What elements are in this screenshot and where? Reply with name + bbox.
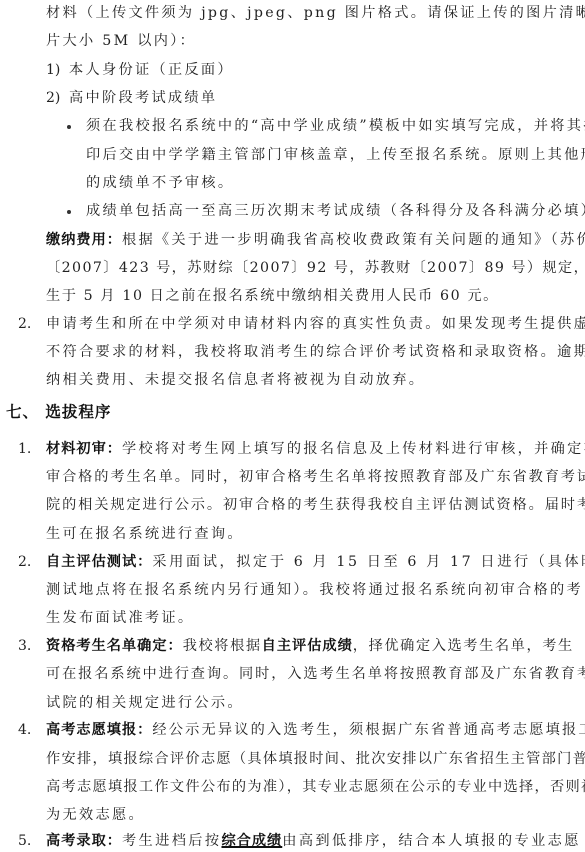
bullet-icon [67, 125, 71, 129]
step5-text-pre: 考生进档后按 [122, 833, 222, 849]
step2-line-2: 测试地点将在报名系统内另行通知）。我校将通过报名系统向初审合格的考 [46, 580, 583, 600]
material-2-text: 高中阶段考试成绩单 [69, 88, 217, 108]
step3-line-3: 试院的相关规定进行公示。 [46, 693, 244, 713]
fee-line-1: 缴纳费用：根据《关于进一步明确我省高校收费政策有关问题的通知》（苏价费 [46, 230, 585, 250]
step2-line-3: 生发布面试准考证。 [46, 608, 194, 628]
step4-number: 4. [18, 720, 31, 740]
step4-line-4: 为无效志愿。 [46, 805, 145, 825]
step5-text-post: 由高到低排序，结合本人填报的专业志愿 [282, 833, 581, 849]
step3-text-post: ，择优确定入选考生名单，考生 [353, 638, 574, 654]
material-2-number: 2) [46, 88, 60, 108]
fee-line-3: 生于 5 月 10 日之前在报名系统中缴纳相关费用人民币 60 元。 [46, 286, 499, 306]
fee-label: 缴纳费用： [46, 232, 122, 248]
step3-line-2: 可在报名系统中进行查询。同时，入选考生名单将按照教育部及广东省教育考 [46, 664, 585, 684]
bullet-1-line-2: 印后交由中学学籍主管部门审核盖章，上传至报名系统。原则上其他形式 [86, 145, 585, 165]
step2-number: 2. [18, 552, 31, 572]
step3-line-1: 资格考生名单确定：我校将根据自主评估成绩，择优确定入选考生名单，考生 [46, 636, 574, 656]
fee-text: 根据《关于进一步明确我省高校收费政策有关问题的通知》（苏价费 [122, 232, 585, 248]
step4-label: 高考志愿填报： [46, 722, 152, 738]
item2-line-1: 申请考生和所在中学须对申请材料内容的真实性负责。如果发现考生提供虚假或 [46, 314, 585, 334]
step5-label: 高考录取： [46, 833, 122, 849]
step1-label: 材料初审： [46, 441, 122, 457]
step2-text: 采用面试，拟定于 6 月 15 日至 6 月 17 日进行（具体时间及 [152, 554, 585, 570]
item2-number: 2. [18, 314, 31, 334]
step3-emphasis: 自主评估成绩 [262, 638, 353, 654]
step4-text: 经公示无异议的入选考生，须根据广东省普通高考志愿填报工 [152, 722, 585, 738]
step2-label: 自主评估测试： [46, 554, 152, 570]
step2-line-1: 自主评估测试：采用面试，拟定于 6 月 15 日至 6 月 17 日进行（具体时… [46, 552, 585, 572]
material-1-text: 本人身份证（正反面） [69, 60, 234, 80]
material-1-number: 1) [46, 60, 60, 80]
step1-number: 1. [18, 439, 31, 459]
step1-line-3: 院的相关规定进行公示。初审合格的考生获得我校自主评估测试资格。届时考 [46, 495, 585, 515]
item2-line-2: 不符合要求的材料，我校将取消考生的综合评价考试资格和录取资格。逾期未缴 [46, 342, 585, 362]
step3-number: 3. [18, 636, 31, 656]
item2-line-3: 纳相关费用、未提交报名信息者将被视为自动放弃。 [46, 370, 425, 390]
step1-text: 学校将对考生网上填写的报名信息及上传材料进行审核，并确定初 [122, 441, 585, 457]
step5-line-1: 高考录取：考生进档后按综合成绩由高到低排序，结合本人填报的专业志愿 [46, 831, 581, 851]
bullet-icon [67, 210, 71, 214]
step3-text-pre: 我校将根据 [183, 638, 262, 654]
bullet-1-line-3: 的成绩单不予审核。 [86, 173, 234, 193]
step1-line-2: 审合格的考生名单。同时，初审合格考生名单将按照教育部及广东省教育考试 [46, 467, 585, 487]
bullet-2-line-1: 成绩单包括高一至高三历次期末考试成绩（各科得分及各科满分必填）。 [86, 201, 585, 221]
step4-line-2: 作安排，填报综合评价志愿（具体填报时间、批次安排以广东省招生主管部门普通 [46, 749, 585, 769]
step1-line-1: 材料初审：学校将对考生网上填写的报名信息及上传材料进行审核，并确定初 [46, 439, 585, 459]
section-heading: 七、 选拔程序 [6, 400, 111, 422]
step5-number: 5. [18, 831, 31, 851]
step3-label: 资格考生名单确定： [46, 638, 183, 654]
step5-emphasis: 综合成绩 [221, 833, 282, 849]
bullet-1-line-1: 须在我校报名系统中的“高中学业成绩”模板中如实填写完成，并将其打 [86, 116, 585, 136]
step4-line-3: 高考志愿填报工作文件公布的为准），其专业志愿须在公示的专业中选择，否则视 [46, 777, 585, 797]
intro-line-1: 材料（上传文件须为 jpg、jpeg、png 图片格式。请保证上传的图片清晰可见… [46, 3, 585, 23]
step4-line-1: 高考志愿填报：经公示无异议的入选考生，须根据广东省普通高考志愿填报工 [46, 720, 585, 740]
fee-line-2: 〔2007〕423 号，苏财综〔2007〕92 号，苏教财〔2007〕89 号）… [46, 258, 585, 278]
intro-line-2: 片大小 5M 以内）： [46, 31, 196, 51]
step1-line-4: 生可在报名系统进行查询。 [46, 524, 244, 544]
